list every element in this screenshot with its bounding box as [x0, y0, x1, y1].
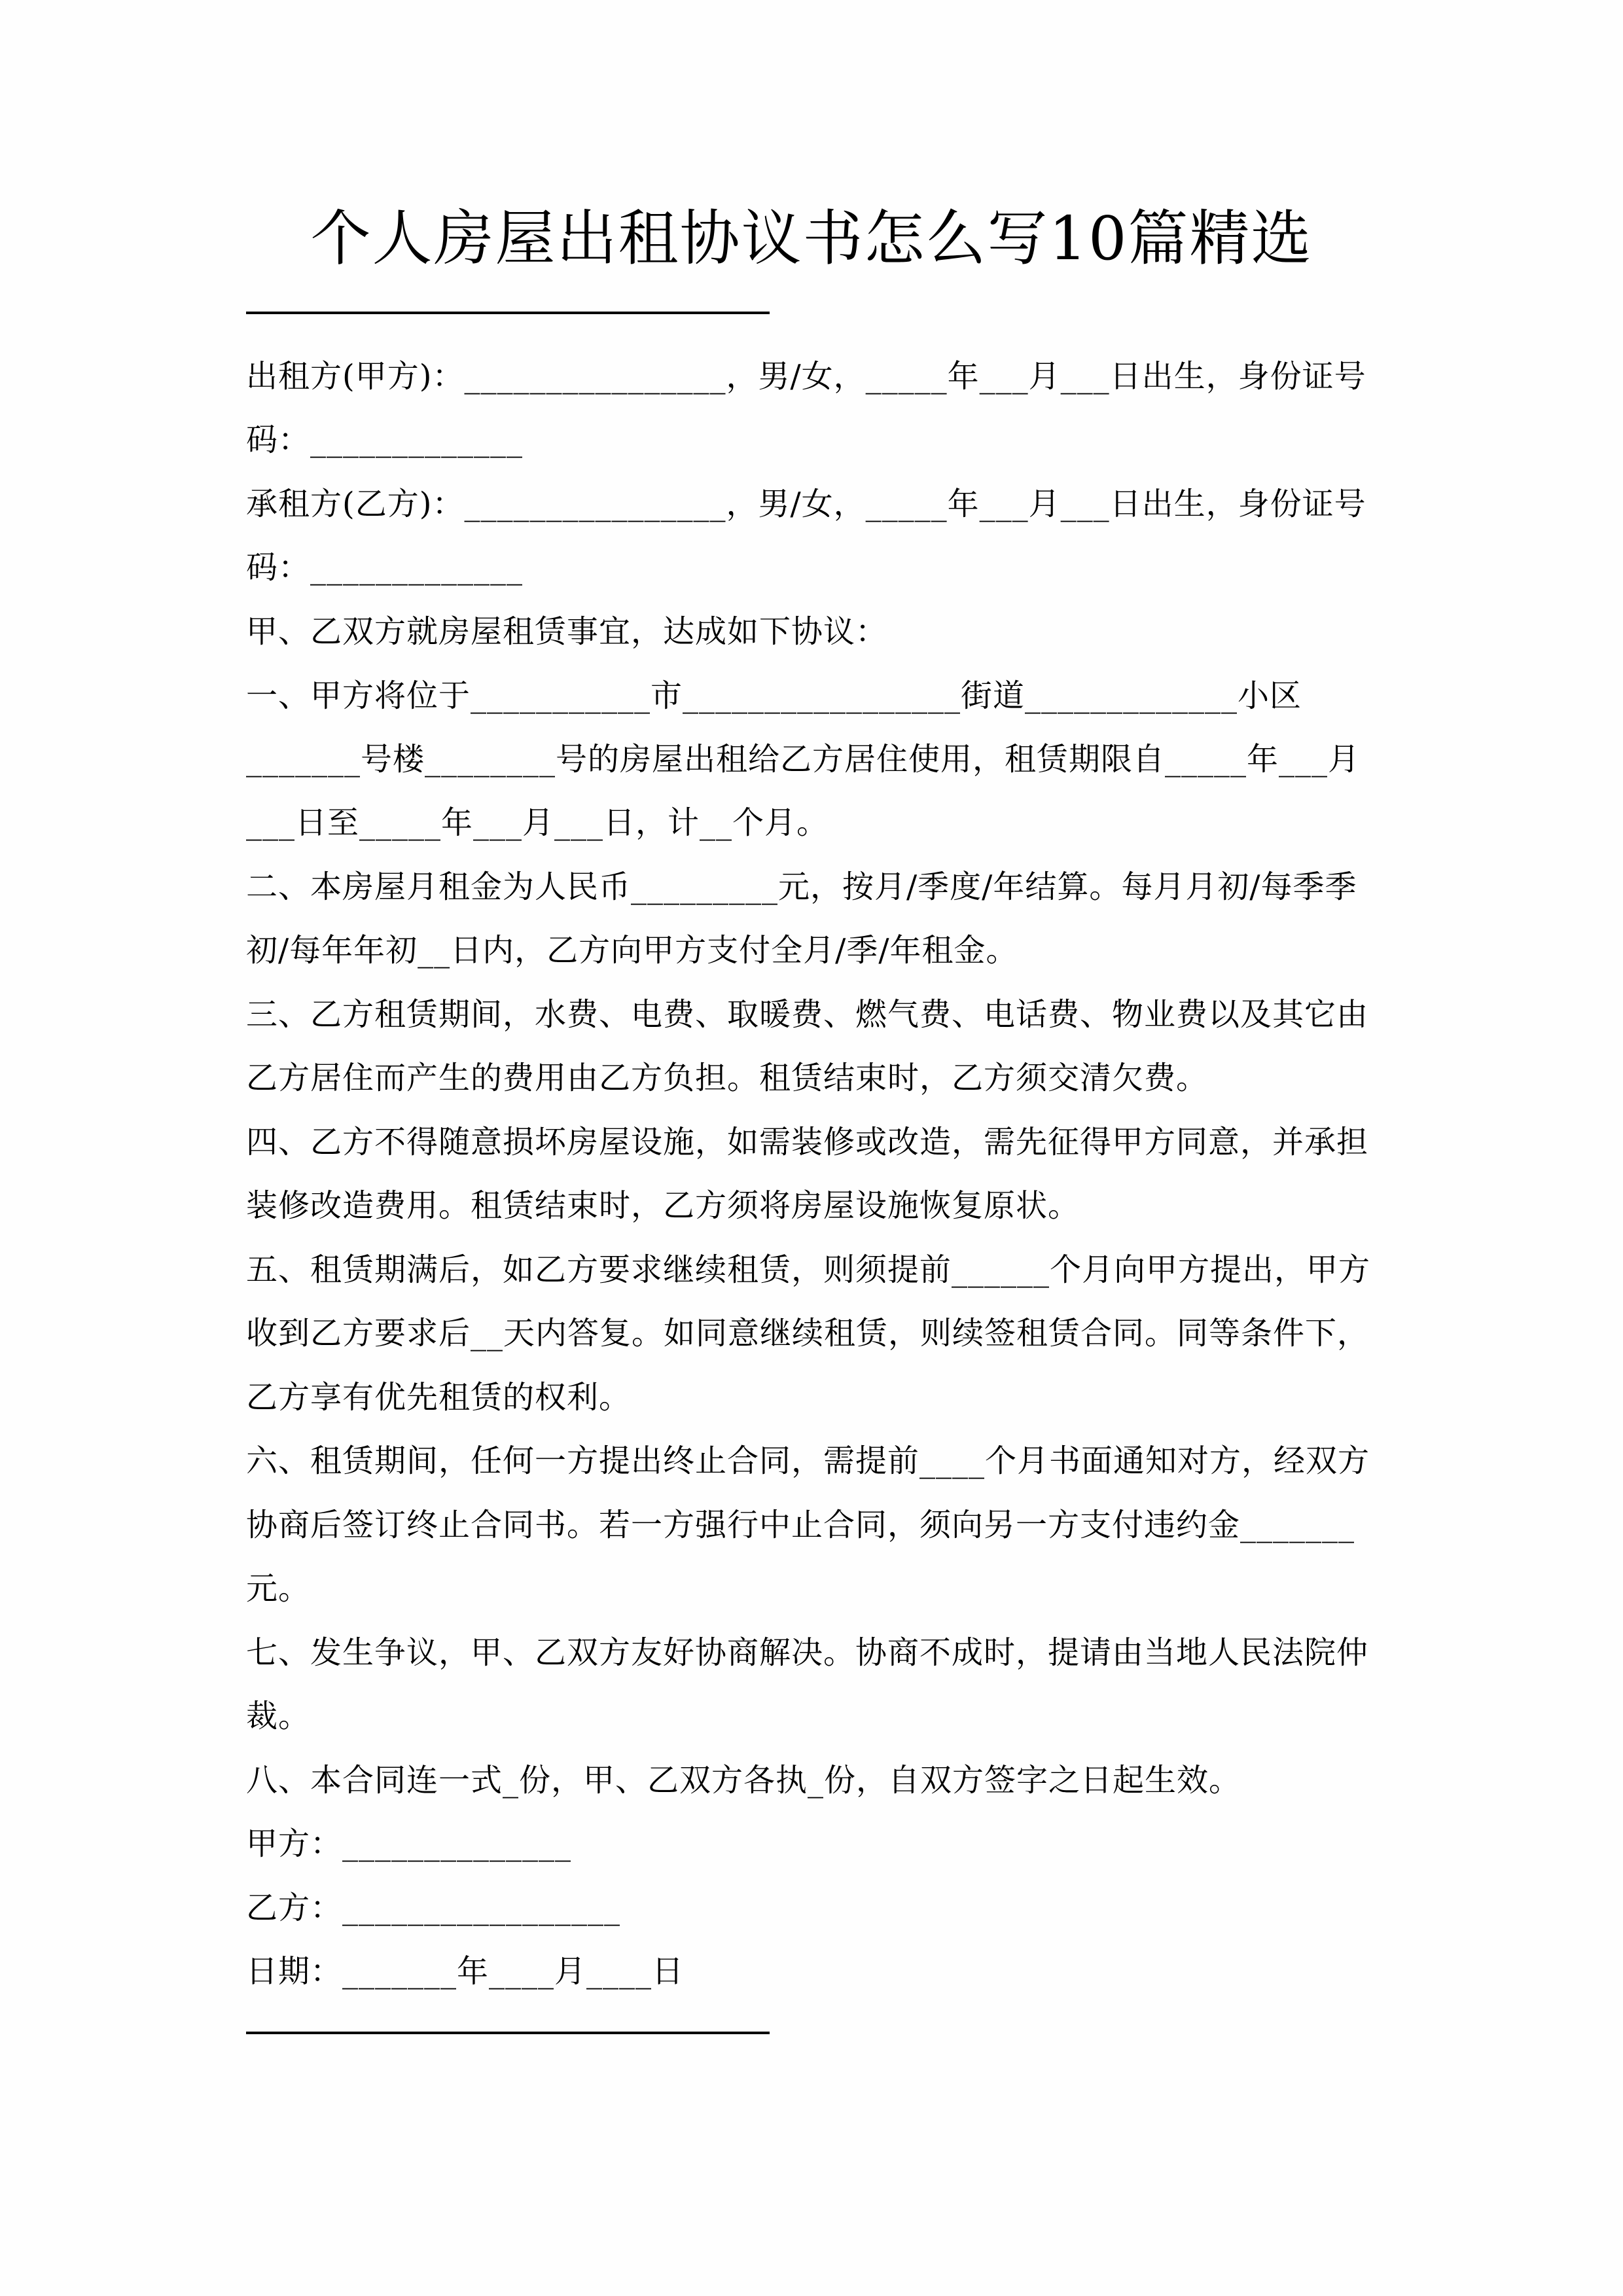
- clause-7-line-2: 裁。: [246, 1693, 310, 1739]
- clause-6-line-3: 元。: [246, 1566, 310, 1611]
- clause-1-line-3: ___日至_____年___月___日，计__个月。: [246, 800, 829, 846]
- clause-2-line-1: 二、本房屋月租金为人民币_________元，按月/季度/年结算。每月月初/每季…: [246, 864, 1357, 910]
- signing-date: 日期：_______年____月____日: [246, 1948, 684, 1994]
- clause-3-line-2: 乙方居住而产生的费用由乙方负担。租赁结束时，乙方须交清欠费。: [246, 1055, 1208, 1101]
- clause-1-line-2: _______号楼________号的房屋出租给乙方居住使用，租赁期限自____…: [246, 736, 1360, 782]
- clause-4-line-2: 装修改造费用。租赁结束时，乙方须将房屋设施恢复原状。: [246, 1183, 1080, 1229]
- clause-6-line-1: 六、租赁期间，任何一方提出终止合同，需提前____个月书面通知对方，经双方: [246, 1438, 1370, 1484]
- lessor-line-2: 码：_____________: [246, 417, 523, 463]
- lessee-line-2: 码：_____________: [246, 545, 523, 590]
- clause-5-line-1: 五、租赁期满后，如乙方要求继续租赁，则须提前______个月向甲方提出，甲方: [246, 1247, 1370, 1293]
- bottom-divider: [246, 2032, 770, 2034]
- party-a-signature: 甲方：______________: [246, 1821, 571, 1867]
- clause-8: 八、本合同连一式_份，甲、乙双方各执_份，自双方签字之日起生效。: [246, 1757, 1241, 1803]
- top-divider: [246, 312, 770, 314]
- lessee-line-1: 承租方(乙方)：________________，男/女，_____年___月_…: [246, 481, 1366, 527]
- clause-7-line-1: 七、发生争议，甲、乙双方友好协商解决。协商不成时，提请由当地人民法院仲: [246, 1630, 1368, 1676]
- clause-6-line-2: 协商后签订终止合同书。若一方强行中止合同，须向另一方支付违约金_______: [246, 1502, 1355, 1548]
- clause-5-line-2: 收到乙方要求后__天内答复。如同意继续租赁，则续签租赁合同。同等条件下，: [246, 1310, 1369, 1356]
- clause-4-line-1: 四、乙方不得随意损坏房屋设施，如需装修或改造，需先征得甲方同意，并承担: [246, 1119, 1368, 1165]
- clause-1-line-1: 一、甲方将位于___________市_________________街道__…: [246, 673, 1302, 719]
- party-b-signature: 乙方：_________________: [246, 1885, 620, 1931]
- clause-2-line-2: 初/每年年初__日内，乙方向甲方支付全月/季/年租金。: [246, 927, 1018, 973]
- agreement-intro: 甲、乙双方就房屋租赁事宜，达成如下协议：: [246, 609, 887, 655]
- clause-3-line-1: 三、乙方租赁期间，水费、电费、取暖费、燃气费、电话费、物业费以及其它由: [246, 992, 1368, 1037]
- document-title: 个人房屋出租协议书怎么写10篇精选: [0, 200, 1623, 278]
- lessor-line-1: 出租方(甲方)：________________，男/女，_____年___月_…: [246, 353, 1366, 399]
- document-page: 个人房屋出租协议书怎么写10篇精选 出租方(甲方)：______________…: [0, 0, 1623, 2296]
- clause-5-line-3: 乙方享有优先租赁的权利。: [246, 1374, 631, 1420]
